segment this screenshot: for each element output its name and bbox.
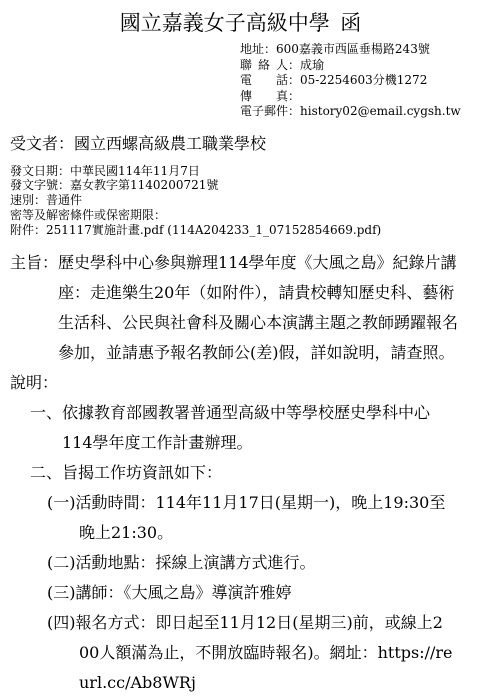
sub-item-activity-location: (二)活動地點：採線上演講方式進行。 xyxy=(47,548,453,578)
explanation-item-1-number: 一、 xyxy=(30,403,62,422)
issue-date-value: 中華民國114年11月7日 xyxy=(70,164,200,178)
letter-body: 主旨：歷史學科中心參與辦理114學年度《大風之島》紀錄片講座：走進樂生20年（如… xyxy=(10,248,469,697)
meta-row-priority: 速別：普通件 xyxy=(10,193,471,208)
recipient-label: 受文者： xyxy=(10,134,74,153)
contact-email-label: 電子郵件： xyxy=(240,104,300,118)
attachment-value: 251117實施計畫.pdf (114A204233_1_07152854669… xyxy=(46,223,381,237)
contact-fax-label: 傳 真： xyxy=(240,89,300,103)
doc-number-value: 嘉女教字第1140200721號 xyxy=(70,178,218,192)
page-title: 國立嘉義女子高級中學 函 xyxy=(10,10,471,37)
explanation-item-1-text: 依據教育部國教署普通型高級中等學校歷史學科中心114學年度工作計畫辦理。 xyxy=(62,403,430,452)
security-label: 密等及解密條件或保密期限： xyxy=(10,208,166,222)
sub-item-1-number: (一) xyxy=(47,493,76,512)
sub-item-1-text: 活動時間：114年11月17日(星期一)，晚上19:30至晚上21:30。 xyxy=(76,493,446,542)
doc-number-label: 發文字號： xyxy=(10,178,70,192)
contact-row-fax: 傳 真： xyxy=(240,89,471,105)
contact-address-value: 600嘉義市西區垂楊路243號 xyxy=(276,42,430,56)
meta-block: 發文日期：中華民國114年11月7日 發文字號：嘉女教字第1140200721號… xyxy=(10,164,471,238)
contact-row-address: 地址：600嘉義市西區垂楊路243號 xyxy=(240,42,471,58)
contact-row-person: 聯 絡 人：成瑜 xyxy=(240,58,471,74)
meta-row-security: 密等及解密條件或保密期限： xyxy=(10,208,471,223)
contact-person-value: 成瑜 xyxy=(300,58,324,72)
official-letter-document: 國立嘉義女子高級中學 函 地址：600嘉義市西區垂楊路243號 聯 絡 人：成瑜… xyxy=(0,0,479,697)
explanation-heading: 說明： xyxy=(10,368,469,398)
sub-item-3-number: (三) xyxy=(47,583,76,602)
priority-label: 速別： xyxy=(10,193,46,207)
sub-item-2-text: 活動地點：採線上演講方式進行。 xyxy=(76,553,316,572)
recipient-line: 受文者：國立西螺高級農工職業學校 xyxy=(10,133,471,154)
subject-label: 主旨： xyxy=(10,253,58,272)
explanation-item-2: 二、旨揭工作坊資訊如下： xyxy=(30,458,436,488)
sub-item-4-text: 報名方式：即日起至11月12日(星期三)前，或線上200人額滿為止，不開放臨時報… xyxy=(76,613,453,692)
sub-item-2-number: (二) xyxy=(47,553,76,572)
issue-date-label: 發文日期： xyxy=(10,164,70,178)
contact-row-email: 電子郵件：history02@email.cygsh.tw xyxy=(240,104,471,120)
sub-item-lecturer: (三)講師：《大風之島》導演許雅婷 xyxy=(47,578,453,608)
meta-row-doc-number: 發文字號：嘉女教字第1140200721號 xyxy=(10,178,471,193)
contact-email-value: history02@email.cygsh.tw xyxy=(300,104,461,118)
contact-phone-label: 電 話： xyxy=(240,73,300,87)
meta-row-attachment: 附件：251117實施計畫.pdf (114A204233_1_07152854… xyxy=(10,223,471,238)
sub-item-registration: (四)報名方式：即日起至11月12日(星期三)前，或線上200人額滿為止，不開放… xyxy=(47,608,453,697)
recipient-value: 國立西螺高級農工職業學校 xyxy=(74,134,266,153)
explanation-item-2-text: 旨揭工作坊資訊如下： xyxy=(62,463,222,482)
explanation-item-1: 一、依據教育部國教署普通型高級中等學校歷史學科中心114學年度工作計畫辦理。 xyxy=(30,398,436,458)
contact-person-label: 聯 絡 人： xyxy=(240,58,300,72)
priority-value: 普通件 xyxy=(46,193,82,207)
explanation-item-2-number: 二、 xyxy=(30,463,62,482)
sub-item-3-text: 講師：《大風之島》導演許雅婷 xyxy=(76,583,292,602)
contact-row-phone: 電 話：05-2254603分機1272 xyxy=(240,73,471,89)
attachment-label: 附件： xyxy=(10,223,46,237)
sub-item-4-number: (四) xyxy=(47,613,76,632)
contact-address-label: 地址： xyxy=(240,42,276,56)
subject-paragraph: 主旨：歷史學科中心參與辦理114學年度《大風之島》紀錄片講座：走進樂生20年（如… xyxy=(10,248,468,368)
contact-info-block: 地址：600嘉義市西區垂楊路243號 聯 絡 人：成瑜 電 話：05-22546… xyxy=(240,42,471,120)
sub-item-activity-time: (一)活動時間：114年11月17日(星期一)，晚上19:30至晚上21:30。 xyxy=(47,488,453,548)
contact-phone-value: 05-2254603分機1272 xyxy=(300,73,427,87)
subject-text: 歷史學科中心參與辦理114學年度《大風之島》紀錄片講座：走進樂生20年（如附件）… xyxy=(58,253,458,362)
meta-row-issue-date: 發文日期：中華民國114年11月7日 xyxy=(10,164,471,179)
